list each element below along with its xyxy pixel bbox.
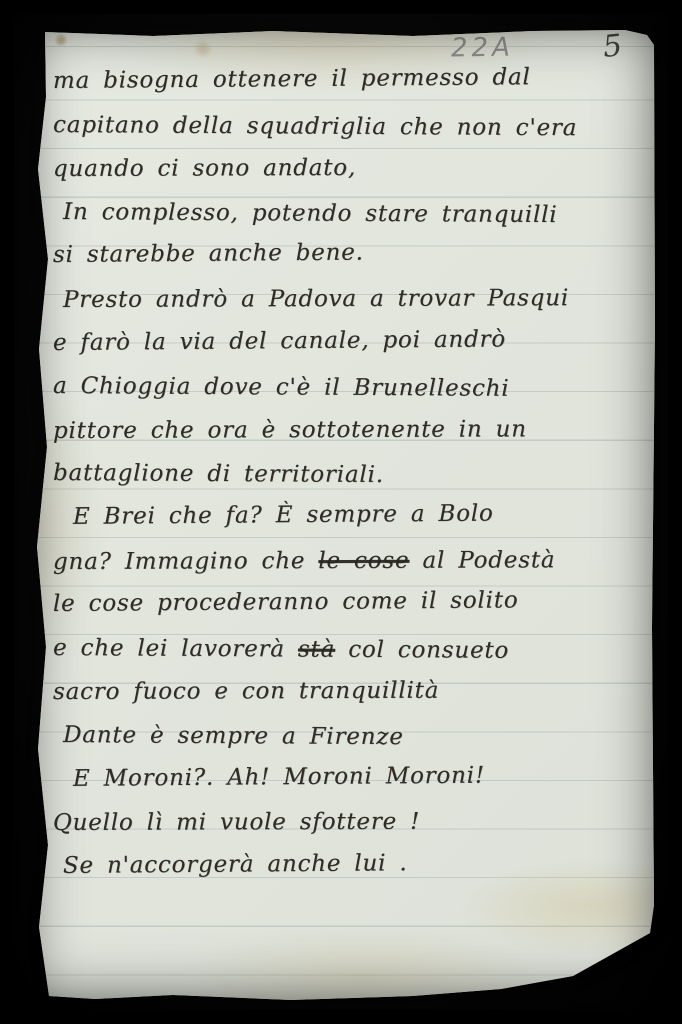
scan-vignette xyxy=(0,0,682,1024)
